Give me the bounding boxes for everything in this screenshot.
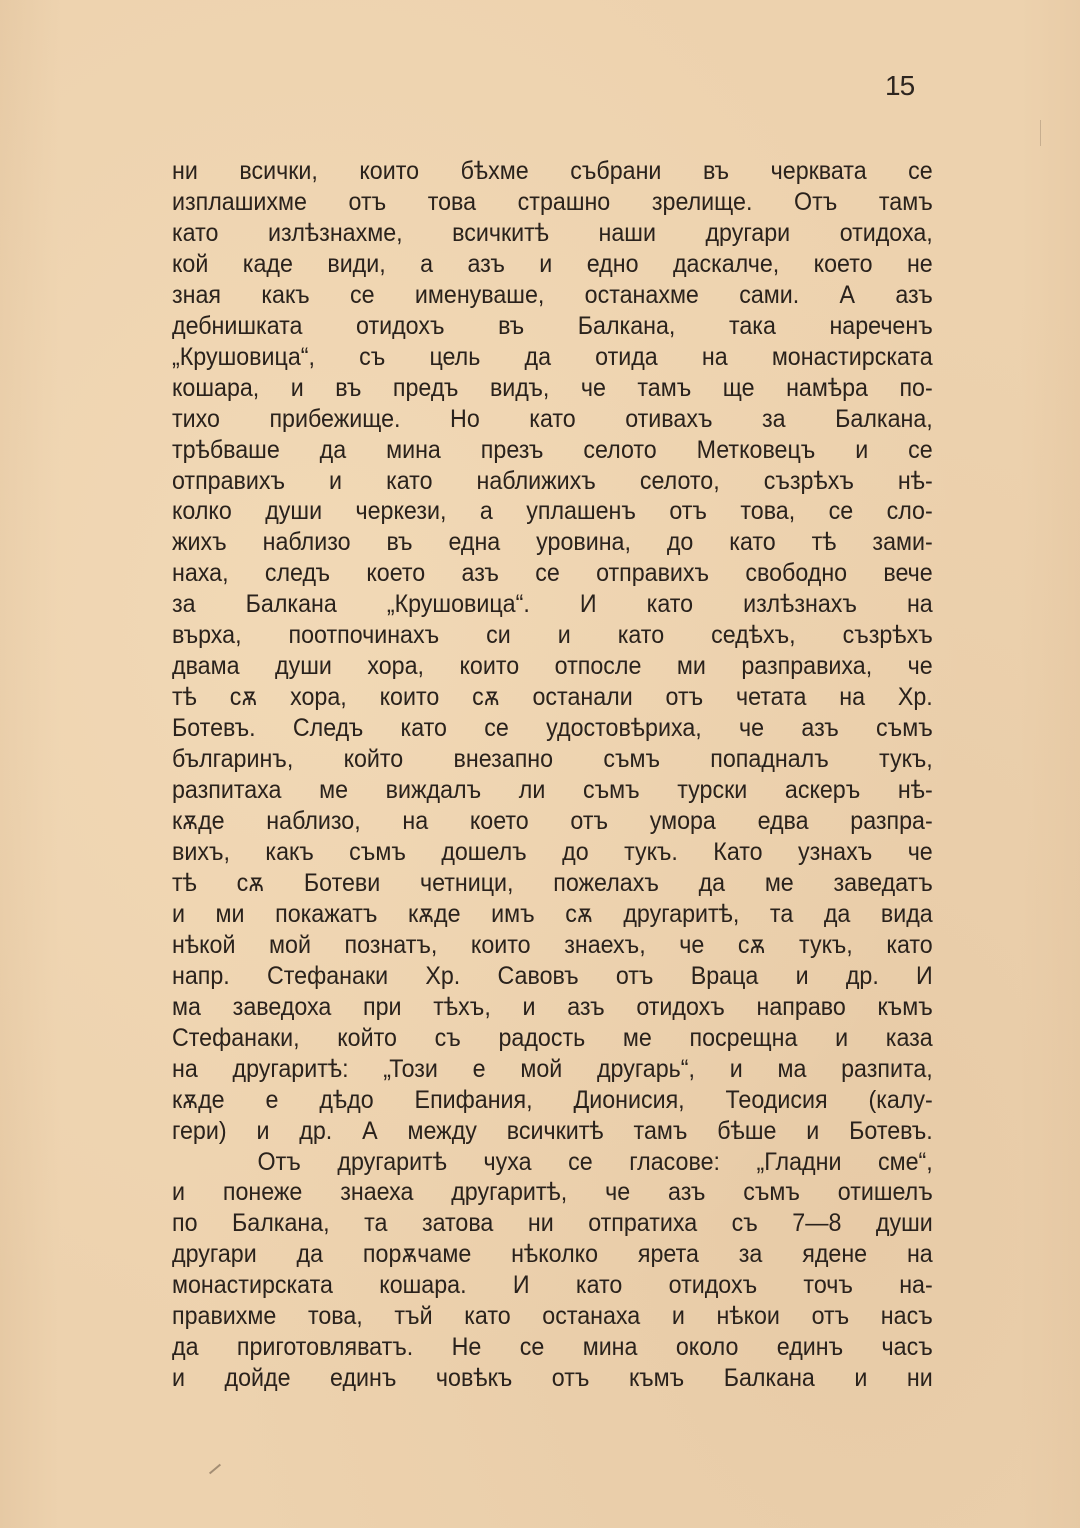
text-line: отправихъ и като наближихъ селото, съзрѣ… [172,466,933,497]
text-line: върха, поотпочинахъ си и като седѣхъ, съ… [172,620,933,651]
paper-speck [1040,120,1041,146]
text-line: другари да порѫчаме нѣколко ярета за яде… [172,1239,933,1270]
text-line: за Балкана „Крушовица“. И като излѣзнахъ… [172,589,933,620]
text-line: „Крушовица“, съ цель да отида на монасти… [172,342,933,373]
text-line: кѫде наблизо, на което отъ умора едва ра… [172,806,933,837]
body-text: ни всички, които бѣхме събрани въ черква… [172,156,879,1394]
text-line: трѣбваше да мина презъ селото Метковецъ … [172,435,933,466]
text-line: българинъ, който внезапно съмъ попадналъ… [172,744,933,775]
text-line: наха, следъ което азъ се отправихъ свобо… [172,558,933,589]
paragraph-2: Отъ другаритѣ чуха се гласове: „Гладни с… [172,1147,879,1395]
text-line: и понеже знаеха другаритѣ, че азъ съмъ о… [172,1177,933,1208]
text-line: изплашихме отъ това страшно зрелище. Отъ… [172,187,933,218]
text-line: зная какъ се именуваше, останахме сами. … [172,280,933,311]
text-line: кѫде е дѣдо Епифания, Дионисия, Теодисия… [172,1085,933,1116]
text-line: на другаритѣ: „Този е мой другарь“, и ма… [172,1054,933,1085]
text-line: и дойде единъ човѣкъ отъ къмъ Балкана и … [172,1363,933,1394]
page-number: 15 [885,70,914,102]
text-line: кой каде види, а азъ и едно даскалче, ко… [172,249,933,280]
text-line: ма заведоха при тѣхъ, и азъ отидохъ напр… [172,992,933,1023]
text-line: тѣ сѫ хора, които сѫ останали отъ четата… [172,682,933,713]
book-page: 15 ни всички, които бѣхме събрани въ чер… [0,0,1080,1528]
text-line: жихъ наблизо въ една уровина, до като тѣ… [172,527,933,558]
paper-speck [209,1464,221,1475]
text-line: разпитаха ме виждалъ ли съмъ турски аске… [172,775,933,806]
text-line: да приготовляватъ. Не се мина около един… [172,1332,933,1363]
text-line-indented: Отъ другаритѣ чуха се гласове: „Гладни с… [172,1147,933,1178]
text-line: Ботевъ. Следъ като се удостовѣриха, че а… [172,713,933,744]
text-line: двама души хора, които отпосле ми разпра… [172,651,933,682]
text-line: напр. Стефанаки Хр. Савовъ отъ Враца и д… [172,961,933,992]
text-line: нѣкой мой познатъ, които знаехъ, че сѫ т… [172,930,933,961]
text-line: по Балкана, та затова ни отпратиха съ 7—… [172,1208,933,1239]
text-line: тѣ сѫ Ботеви четници, пожелахъ да ме зав… [172,868,933,899]
text-line: гери) и др. А между всичкитѣ тамъ бѣше и… [172,1116,933,1147]
text-line: и ми покажатъ кѫде имъ сѫ другаритѣ, та … [172,899,933,930]
text-line: колко души черкези, а уплашенъ отъ това,… [172,496,933,527]
text-line: вихъ, какъ съмъ дошелъ до тукъ. Като узн… [172,837,933,868]
text-line: тихо прибежище. Но като отивахъ за Балка… [172,404,933,435]
text-line: кошара, и въ предъ видъ, че тамъ ще намѣ… [172,373,933,404]
text-line: дебнишката отидохъ въ Балкана, така наре… [172,311,933,342]
text-line: правихме това, тъй като останаха и нѣкои… [172,1301,933,1332]
text-line: монастирската кошара. И като отидохъ точ… [172,1270,933,1301]
text-line: Стефанаки, който съ радость ме посрещна … [172,1023,933,1054]
paragraph-1: ни всички, които бѣхме събрани въ черква… [172,156,879,1147]
text-line: като излѣзнахме, всичкитѣ наши другари о… [172,218,933,249]
text-line: ни всички, които бѣхме събрани въ черква… [172,156,933,187]
